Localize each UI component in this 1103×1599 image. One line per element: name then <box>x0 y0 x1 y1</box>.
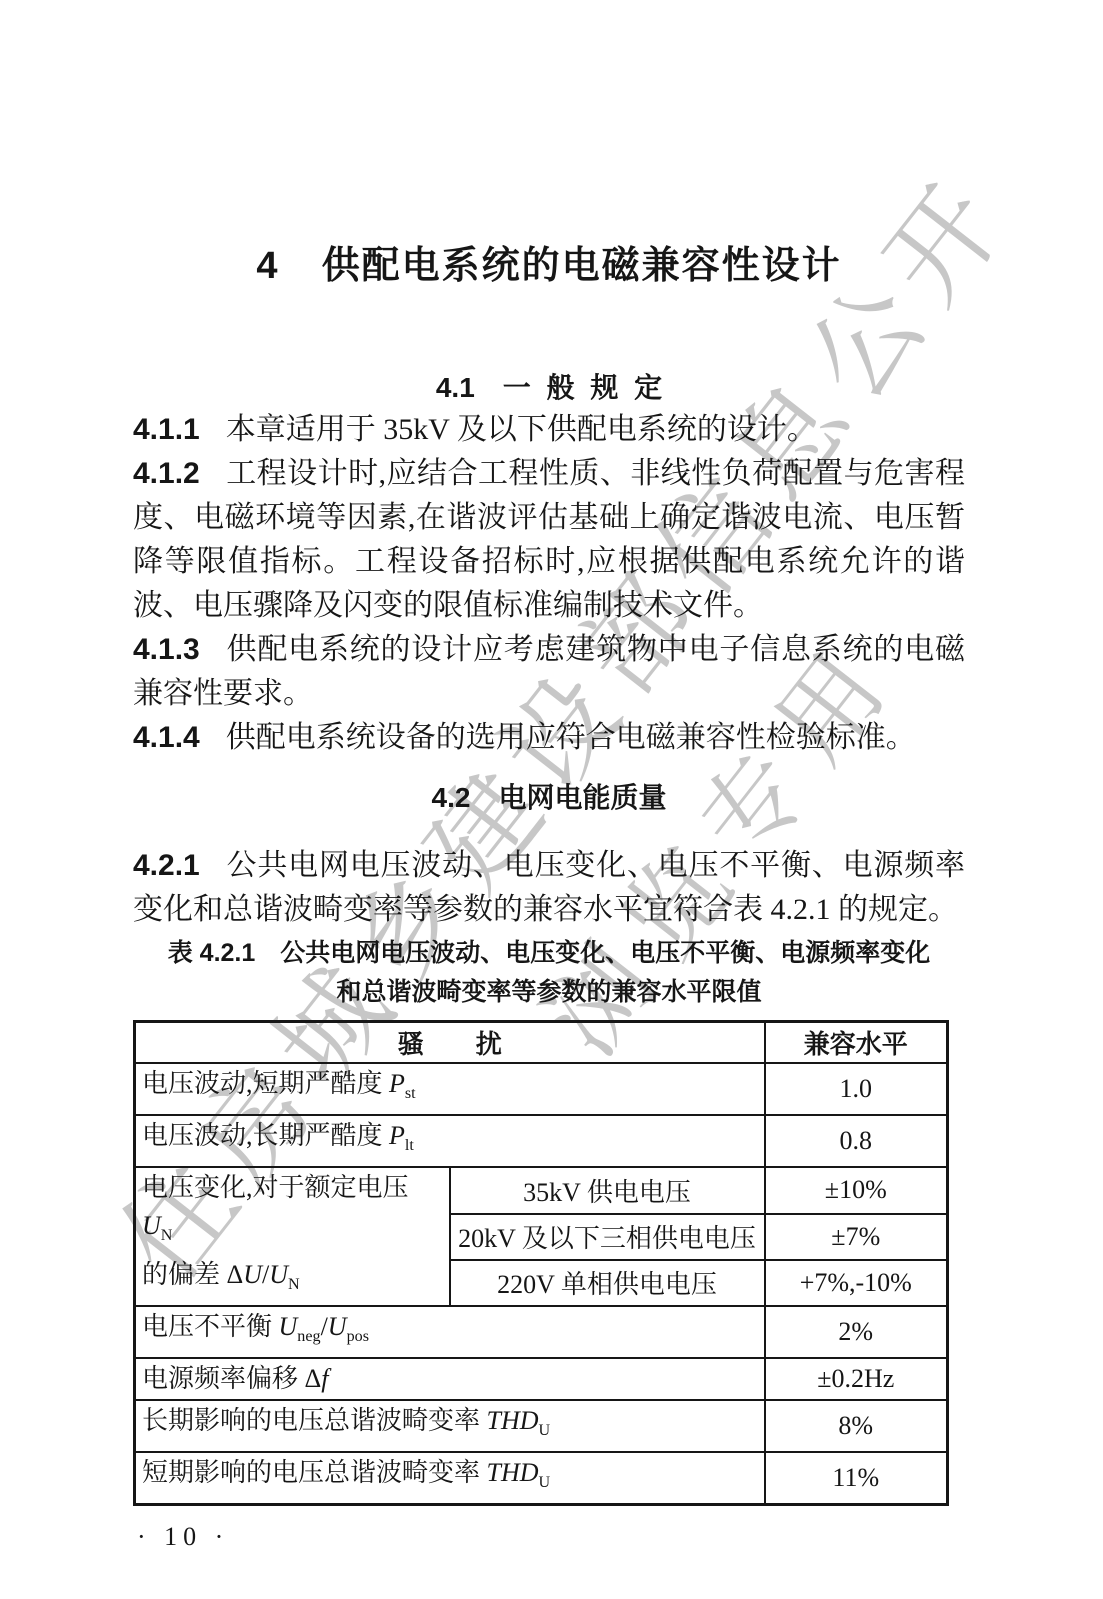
table-caption: 表 4.2.1 公共电网电压波动、电压变化、电压不平衡、电源频率变化 和总谐波畸… <box>133 934 965 1012</box>
level-cell: 8% <box>765 1400 948 1452</box>
clause-number: 4.1.2 <box>133 457 200 490</box>
clause-text: 供配电系统的设计应考虑建筑物中电子信息系统的电磁兼容性要求。 <box>133 633 965 710</box>
clause-4-2-1: 4.2.1公共电网电压波动、电压变化、电压不平衡、电源频率变化和总谐波畸变率等参… <box>133 844 965 932</box>
level-cell: 2% <box>765 1306 948 1358</box>
table-row: 短期影响的电压总谐波畸变率 THDU11% <box>135 1452 948 1505</box>
table-row: 电压波动,短期严酷度 Pst1.0 <box>135 1063 948 1115</box>
page-content: 4供配电系统的电磁兼容性设计 4.1一 般 规 定 4.1.1本章适用于 35k… <box>133 0 965 1552</box>
clause-text: 本章适用于 35kV 及以下供配电系统的设计。 <box>226 413 817 446</box>
disturbance-cell: 电压变化,对于额定电压 UN的偏差 ΔU/UN <box>135 1167 450 1305</box>
disturbance-cell: 电压波动,长期严酷度 Plt <box>135 1115 765 1167</box>
table-row: 电压变化,对于额定电压 UN的偏差 ΔU/UN35kV 供电电压±10% <box>135 1167 948 1213</box>
clause-number: 4.1.4 <box>133 721 200 754</box>
clause-number: 4.1.1 <box>133 413 200 446</box>
clause-text: 公共电网电压波动、电压变化、电压不平衡、电源频率变化和总谐波畸变率等参数的兼容水… <box>133 849 965 926</box>
level-cell: 0.8 <box>765 1115 948 1167</box>
voltage-class-cell: 220V 单相供电电压 <box>450 1260 765 1306</box>
clause-4-1-1: 4.1.1本章适用于 35kV 及以下供配电系统的设计。 <box>133 408 965 452</box>
disturbance-cell: 长期影响的电压总谐波畸变率 THDU <box>135 1400 765 1452</box>
section-heading-4-2: 4.2电网电能质量 <box>133 778 965 818</box>
compatibility-limits-table: 骚 扰 兼容水平 电压波动,短期严酷度 Pst1.0电压波动,长期严酷度 Plt… <box>133 1020 949 1506</box>
chapter-number: 4 <box>256 245 279 287</box>
clause-number: 4.2.1 <box>133 849 200 882</box>
clause-4-1-4: 4.1.4供配电系统设备的选用应符合电磁兼容性检验标准。 <box>133 716 965 760</box>
disturbance-cell: 电压不平衡 Uneg/Upos <box>135 1306 765 1358</box>
clause-number: 4.1.3 <box>133 633 200 666</box>
clause-4-1-2: 4.1.2工程设计时,应结合工程性质、非线性负荷配置与危害程度、电磁环境等因素,… <box>133 452 965 628</box>
table-row: 长期影响的电压总谐波畸变率 THDU8% <box>135 1400 948 1452</box>
section-title-text: 电网电能质量 <box>498 782 666 813</box>
level-cell: ±7% <box>765 1214 948 1260</box>
clause-4-1-3: 4.1.3供配电系统的设计应考虑建筑物中电子信息系统的电磁兼容性要求。 <box>133 628 965 716</box>
table-caption-line2: 和总谐波畸变率等参数的兼容水平限值 <box>133 973 965 1012</box>
clause-text: 工程设计时,应结合工程性质、非线性负荷配置与危害程度、电磁环境等因素,在谐波评估… <box>133 457 965 622</box>
voltage-class-cell: 35kV 供电电压 <box>450 1167 765 1213</box>
section-number: 4.2 <box>432 782 471 813</box>
table-caption-line1: 表 4.2.1 公共电网电压波动、电压变化、电压不平衡、电源频率变化 <box>133 934 965 973</box>
level-cell: 1.0 <box>765 1063 948 1115</box>
table-header-row: 骚 扰 兼容水平 <box>135 1022 948 1064</box>
section-title-text: 一 般 规 定 <box>503 372 662 403</box>
level-cell: ±0.2Hz <box>765 1358 948 1400</box>
level-cell: ±10% <box>765 1167 948 1213</box>
disturbance-cell: 电源频率偏移 Δf <box>135 1358 765 1400</box>
level-cell: 11% <box>765 1452 948 1505</box>
clause-text: 供配电系统设备的选用应符合电磁兼容性检验标准。 <box>226 721 916 754</box>
document-page: 住房城乡建设部信息公开 浏览专用 4供配电系统的电磁兼容性设计 4.1一 般 规… <box>0 0 1103 1599</box>
table-row: 电压波动,长期严酷度 Plt0.8 <box>135 1115 948 1167</box>
disturbance-cell: 短期影响的电压总谐波畸变率 THDU <box>135 1452 765 1505</box>
disturbance-cell: 电压波动,短期严酷度 Pst <box>135 1063 765 1115</box>
header-disturbance: 骚 扰 <box>135 1022 765 1064</box>
voltage-class-cell: 20kV 及以下三相供电电压 <box>450 1214 765 1260</box>
section-number: 4.1 <box>436 372 475 403</box>
header-compatibility-level: 兼容水平 <box>765 1022 948 1064</box>
level-cell: +7%,-10% <box>765 1260 948 1306</box>
table-body: 电压波动,短期严酷度 Pst1.0电压波动,长期严酷度 Plt0.8电压变化,对… <box>135 1063 948 1505</box>
chapter-title-text: 供配电系统的电磁兼容性设计 <box>322 245 842 287</box>
table-row: 电压不平衡 Uneg/Upos2% <box>135 1306 948 1358</box>
chapter-heading: 4供配电系统的电磁兼容性设计 <box>133 246 965 286</box>
section-heading-4-1: 4.1一 般 规 定 <box>133 368 965 408</box>
table-row: 电源频率偏移 Δf±0.2Hz <box>135 1358 948 1400</box>
page-number: · 10 · <box>137 1522 965 1552</box>
